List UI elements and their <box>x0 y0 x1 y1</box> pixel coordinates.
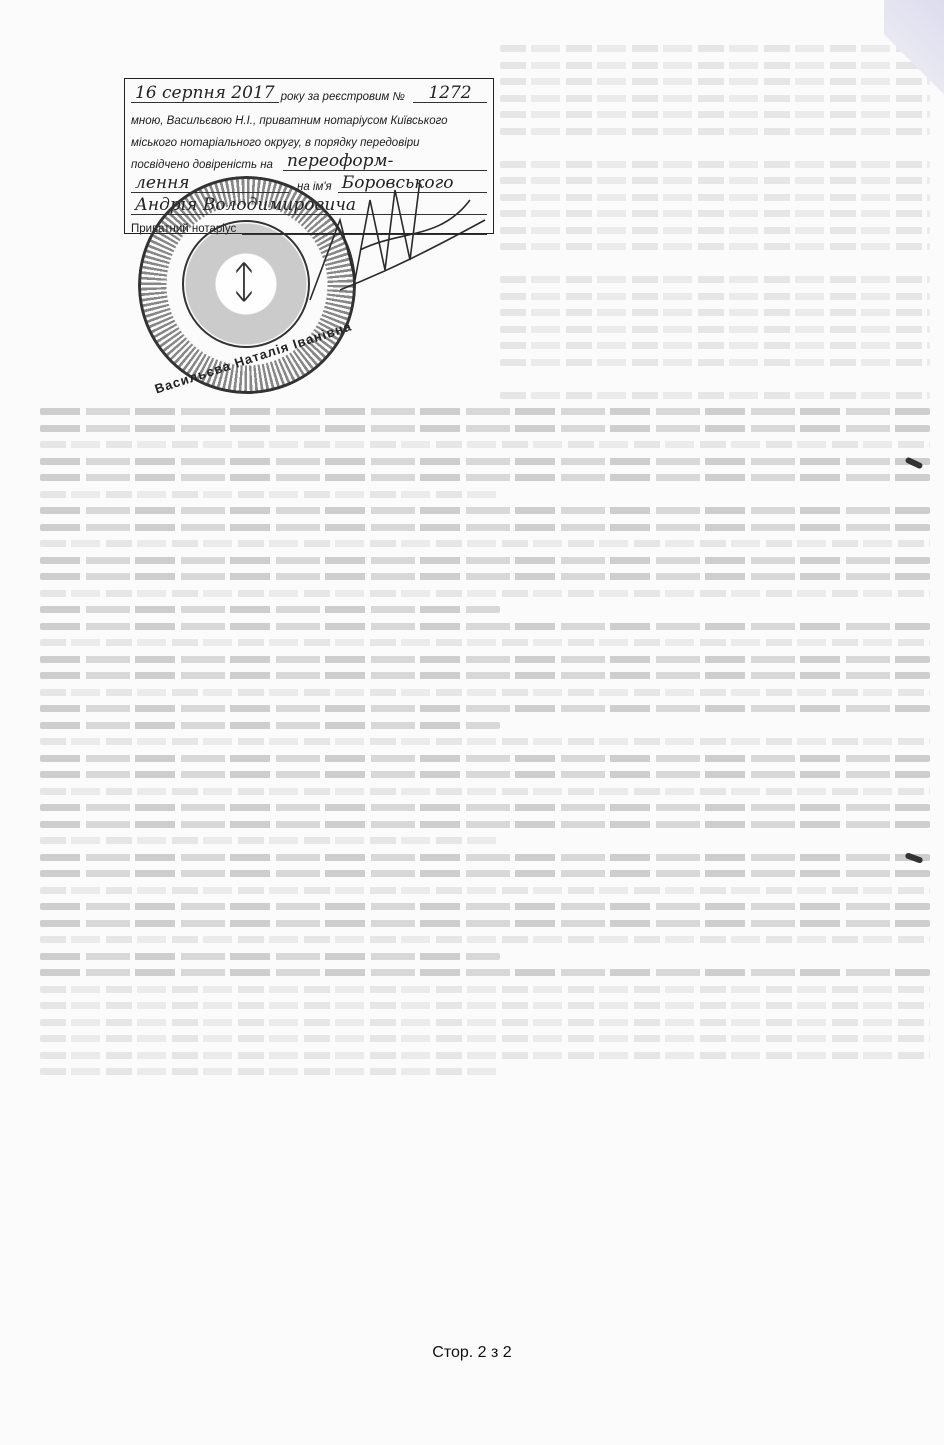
faded-text-line <box>40 903 930 910</box>
faded-text-line <box>40 639 930 646</box>
faded-text-line <box>500 194 930 201</box>
faded-text-line <box>500 111 930 118</box>
faded-text-line <box>500 243 930 250</box>
faded-text-line <box>40 540 930 547</box>
faded-text-line <box>500 359 930 366</box>
faded-text-line <box>500 276 930 283</box>
faded-text-line <box>40 854 930 861</box>
faded-text-line <box>40 689 930 696</box>
certificate-text-1: року за реєстровим № <box>281 91 405 103</box>
handwritten-date: 16 серпня 2017 <box>131 84 279 103</box>
faded-text-line <box>40 920 930 927</box>
faded-text-line <box>40 606 500 613</box>
page-number: Стор. 2 з 2 <box>0 1344 944 1362</box>
faded-text-line <box>40 672 930 679</box>
faded-text-line <box>40 1019 930 1026</box>
faded-text-line <box>40 788 930 795</box>
faded-text-line <box>500 326 930 333</box>
faded-text-line <box>40 491 500 498</box>
certificate-text-4: посвідчено довіреність на <box>131 159 273 171</box>
notary-signature <box>300 160 490 320</box>
faded-text-line <box>40 870 930 877</box>
faded-text-line <box>40 738 930 745</box>
faded-text-line <box>40 524 930 531</box>
folded-page-corner <box>884 0 944 110</box>
faded-text-line <box>40 1052 930 1059</box>
faded-text-line <box>40 804 930 811</box>
faded-text-line <box>40 986 930 993</box>
faded-text-line <box>40 821 930 828</box>
faded-text-line <box>40 408 930 415</box>
faded-text-line <box>40 623 930 630</box>
faded-text-line <box>40 507 930 514</box>
faded-text-line <box>500 210 930 217</box>
faded-text-line <box>40 705 930 712</box>
faded-text-line <box>500 45 930 52</box>
faded-text-line <box>40 474 930 481</box>
faded-text-line <box>40 425 930 432</box>
faded-text-line <box>500 62 930 69</box>
faded-text-line <box>40 771 930 778</box>
faded-text-line <box>40 573 930 580</box>
faded-text-line <box>40 953 500 960</box>
faded-text-line <box>500 128 930 135</box>
faded-text-line <box>500 392 930 399</box>
faded-text-line <box>500 95 930 102</box>
faded-text-line <box>40 755 930 762</box>
faded-text-line <box>40 590 930 597</box>
faded-text-line <box>500 227 930 234</box>
faded-text-line <box>40 936 930 943</box>
faded-text-line <box>500 177 930 184</box>
registry-number: 1272 <box>413 84 487 103</box>
faded-text-line <box>40 887 930 894</box>
faded-text-line <box>500 161 930 168</box>
faded-text-line <box>500 293 930 300</box>
faded-text-line <box>40 969 930 976</box>
certificate-text-3: міського нотаріального округу, в порядку… <box>131 137 420 149</box>
faded-text-line <box>40 1035 930 1042</box>
faded-text-line <box>500 309 930 316</box>
faded-text-line <box>40 458 930 465</box>
certificate-text-2: мною, Васильєвою Н.І., приватним нотаріу… <box>131 115 448 127</box>
faded-text-line <box>40 656 930 663</box>
faded-text-line <box>500 342 930 349</box>
faded-text-line <box>40 837 500 844</box>
trident-icon: ᛨ <box>220 252 268 314</box>
faded-text-line <box>40 722 500 729</box>
faded-text-line <box>40 557 930 564</box>
faded-text-line <box>40 1068 500 1075</box>
faded-text-line <box>500 78 930 85</box>
faded-text-line <box>40 441 930 448</box>
faded-text-line <box>40 1002 930 1009</box>
